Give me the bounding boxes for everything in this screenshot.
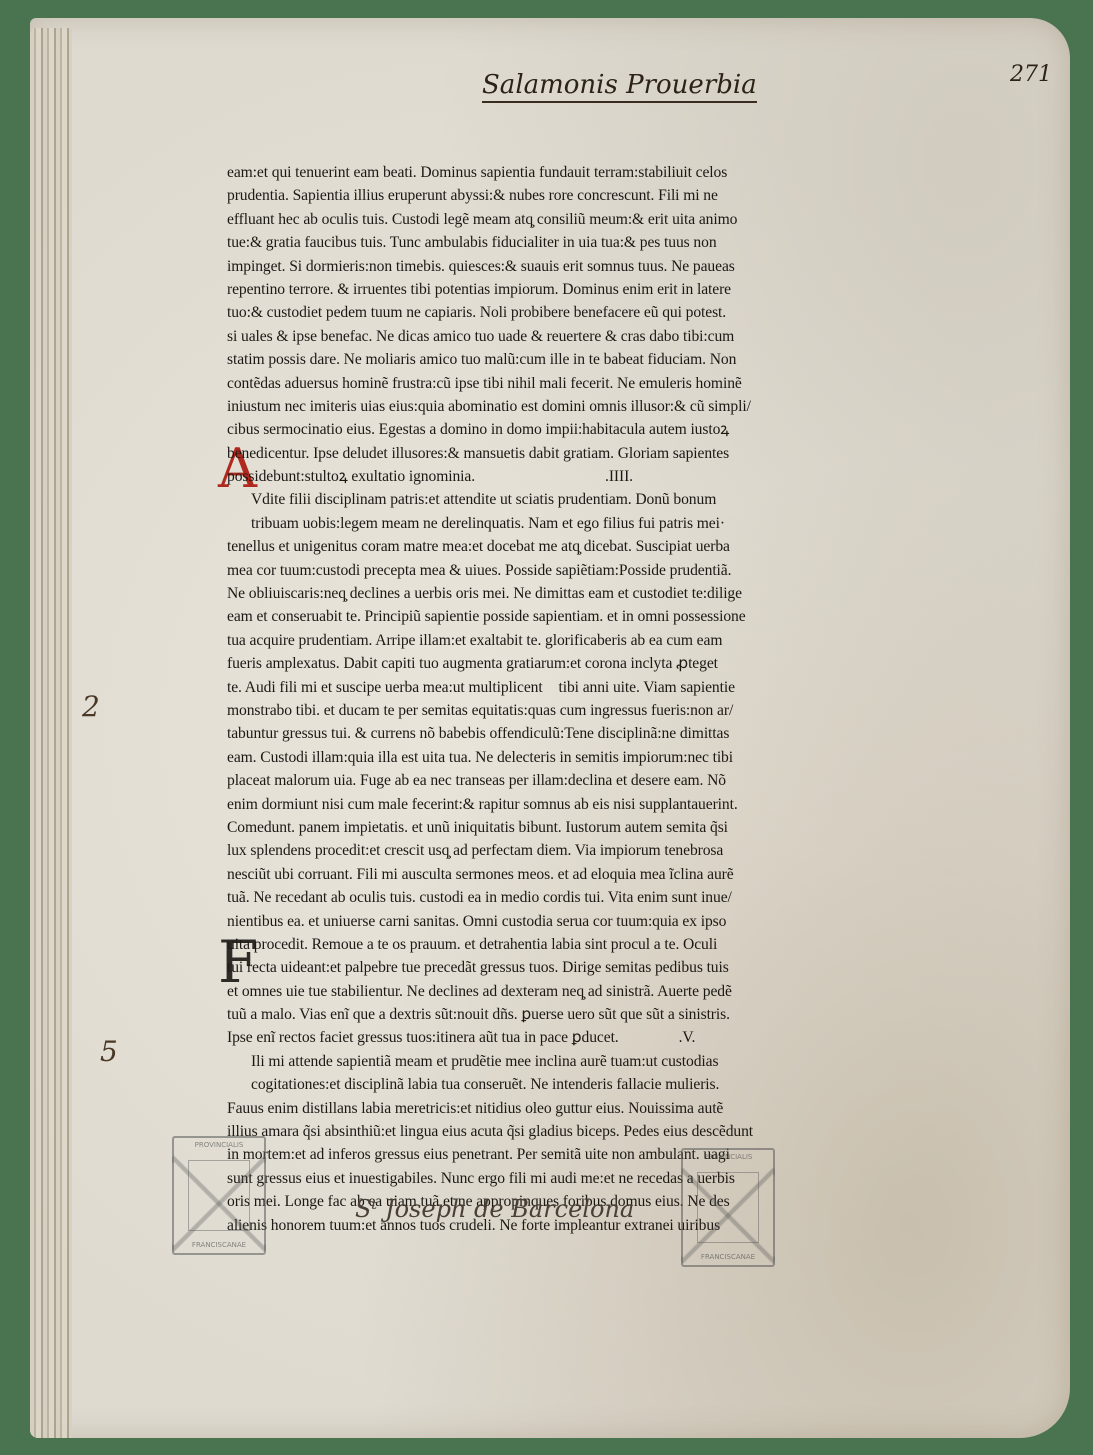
stamp-emblem-icon [697, 1172, 759, 1243]
text-line: cogitationes:et disciplinã labia tua con… [227, 1073, 792, 1096]
text-line: tuo:& custodiet pedem tuum ne capiaris. … [227, 301, 792, 324]
text-line: tuã. Ne recedant ab oculis tuis. custodi… [227, 886, 792, 909]
text-line: si uales & ipse benefac. Ne dicas amico … [227, 325, 792, 348]
text-line: enim dormiunt nisi cum male fecerint:& r… [227, 793, 792, 816]
library-stamp-right: PROVINCIALIS FRANCISCANAE [681, 1148, 775, 1267]
text-line: tribuam uobis:legem meam ne derelinquati… [227, 512, 792, 535]
main-text-block: eam:et qui tenuerint eam beati. Dominus … [227, 161, 792, 1237]
text-line-content: Ipse enĩ rectos faciet gressus tuos:itin… [227, 1029, 619, 1046]
text-line: eam. Custodi illam:quia illa est uita tu… [227, 746, 792, 769]
ownership-inscription: Sᵗ Joseph de Barcelona [355, 1195, 634, 1223]
text-line: uita procedit. Remoue a te os prauum. et… [227, 933, 792, 956]
running-head-title: Salamonis Prouerbia [482, 70, 757, 103]
chapter-number-iiii: .IIII. [605, 465, 633, 488]
chapter-number-v: .V. [679, 1026, 696, 1049]
text-line: Comedunt. panem impietatis. et unũ iniqu… [227, 816, 792, 839]
text-line: Ipse enĩ rectos faciet gressus tuos:itin… [227, 1026, 792, 1049]
text-line: tui recta uideant:et palpebre tue preced… [227, 956, 792, 979]
text-line: impinget. Si dormieris:non timebis. quie… [227, 255, 792, 278]
text-line: contẽdas aduersus hominẽ frustra:cũ ipse… [227, 372, 792, 395]
stamp-emblem-icon [188, 1160, 250, 1231]
stamp-top-text: PROVINCIALIS [174, 1141, 264, 1149]
text-line: Vdite filii disciplinam patris:et attend… [227, 488, 792, 511]
text-line: Ili mi attende sapientiã meam et prudẽti… [227, 1050, 792, 1073]
text-line: iniustum nec imiteris uias eius:quia abo… [227, 395, 792, 418]
text-line: mea cor tuum:custodi precepta mea & uiue… [227, 559, 792, 582]
text-line: tua acquire prudentiam. Arripe illam:et … [227, 629, 792, 652]
text-line: illius amara q̃si absinthiũ:et lingua ei… [227, 1120, 792, 1143]
margin-mark: 2 [82, 690, 100, 723]
text-line: tue:& gratia faucibus tuis. Tunc ambulab… [227, 231, 792, 254]
text-line: cibus sermocinatio eius. Egestas a domin… [227, 418, 792, 441]
text-line-content: possidebunt:stultoꝝ exultatio ignominia. [227, 468, 475, 485]
text-line: tuũ a malo. Vias enĩ que a dextris sũt:n… [227, 1003, 792, 1026]
text-line: Fauus enim distillans labia meretricis:e… [227, 1097, 792, 1120]
text-line: effluant hec ab oculis tuis. Custodi leg… [227, 208, 792, 231]
stamp-top-text: PROVINCIALIS [683, 1153, 773, 1161]
text-line: possidebunt:stultoꝝ exultatio ignominia.… [227, 465, 792, 488]
text-line: monstrabo tibi. et ducam te per semitas … [227, 699, 792, 722]
margin-mark: 5 [100, 1035, 118, 1068]
text-line: benedicentur. Ipse deludet illusores:& m… [227, 442, 792, 465]
chapter-iii-ending: eam:et qui tenuerint eam beati. Dominus … [227, 161, 792, 488]
text-line: prudentia. Sapientia illius eruperunt ab… [227, 184, 792, 207]
text-line: repentino terrore. & irruentes tibi pote… [227, 278, 792, 301]
text-line: tabuntur gressus tui. & currens nõ babeb… [227, 722, 792, 745]
text-line: statim possis dare. Ne moliaris amico tu… [227, 348, 792, 371]
text-line: fueris amplexatus. Dabit capiti tuo augm… [227, 652, 792, 675]
page-binding-edge [30, 28, 72, 1438]
text-line: placeat malorum uia. Fuge ab ea nec tran… [227, 769, 792, 792]
stamp-bottom-text: FRANCISCANAE [683, 1253, 773, 1261]
text-line: eam et conseruabit te. Principiũ sapient… [227, 605, 792, 628]
text-line: te. Audi fili mi et suscipe uerba mea:ut… [227, 676, 792, 699]
text-line: et omnes uie tue stabilientur. Ne declin… [227, 980, 792, 1003]
text-line: nesciũt ubi corruant. Fili mi ausculta s… [227, 863, 792, 886]
text-line: eam:et qui tenuerint eam beati. Dominus … [227, 161, 792, 184]
text-line: Ne obliuiscaris:neq̧ declines a uerbis o… [227, 582, 792, 605]
text-line: nientibus ea. et uniuerse carni sanitas.… [227, 910, 792, 933]
text-line: tenellus et unigenitus coram matre mea:e… [227, 535, 792, 558]
library-stamp-left: PROVINCIALIS FRANCISCANAE [172, 1136, 266, 1255]
chapter-iiii: Vdite filii disciplinam patris:et attend… [227, 488, 792, 1049]
folio-number: 271 [1010, 62, 1052, 87]
text-line: lux splendens procedit:et crescit usq̧ a… [227, 839, 792, 862]
stamp-bottom-text: FRANCISCANAE [174, 1241, 264, 1249]
